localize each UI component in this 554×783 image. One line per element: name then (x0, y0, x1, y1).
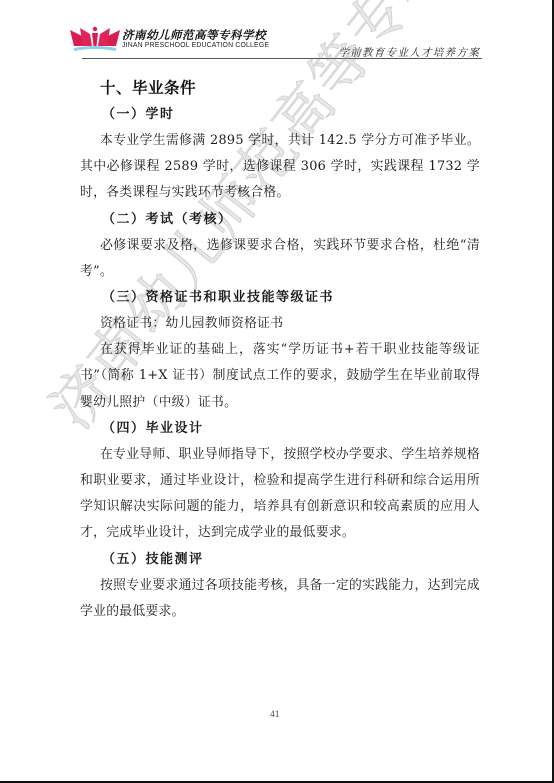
subsection-heading-4: （四）毕业设计 (80, 416, 480, 442)
school-name-cn: 济南幼儿师范高等专科学校 (122, 27, 266, 43)
subsection-heading-5: （五）技能测评 (80, 547, 480, 573)
header-divider (82, 58, 482, 59)
subsection-heading-1: （一）学时 (80, 102, 480, 128)
page-number: 41 (270, 710, 280, 720)
section-title: 十、毕业条件 (80, 74, 480, 102)
school-name-en: JINAN PRESCHOOL EDUCATION COLLEGE (122, 42, 269, 49)
paragraph: 必修课要求及格，选修课要求合格，实践环节要求合格，杜绝“清考”。 (80, 233, 480, 285)
certificate-line: 资格证书：幼儿园教师资格证书 (80, 311, 480, 337)
subsection-heading-3: （三）资格证书和职业技能等级证书 (80, 285, 480, 311)
paragraph: 本专业学生需修满 2895 学时，共计 142.5 学分方可准予毕业。其中必修课… (80, 128, 480, 207)
paragraph: 按照专业要求通过各项技能考核，具备一定的实践能力，达到完成学业的最低要求。 (80, 573, 480, 625)
paragraph: 在获得毕业证的基础上，落实“学历证书+若干职业技能等级证书”（简称 1+X 证书… (80, 337, 480, 416)
lotus-logo-icon (68, 24, 122, 54)
section-content: 十、毕业条件 （一）学时 本专业学生需修满 2895 学时，共计 142.5 学… (80, 74, 480, 625)
paragraph: 在专业导师、职业导师指导下，按照学校办学要求、学生培养规格和职业要求，通过毕业设… (80, 442, 480, 547)
document-page: 济南幼儿师范高等专科学校 JINAN PRESCHOOL EDUCATION C… (0, 0, 554, 783)
subsection-heading-2: （二）考试（考核） (80, 207, 480, 233)
